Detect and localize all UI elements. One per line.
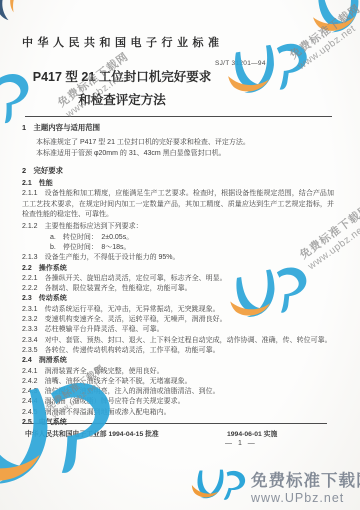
clause-2-4-4: 2.4.4 润滑油（油或脂）牌号应符合有关规定要求。: [22, 397, 334, 407]
standard-document-page: 中华人民共和国电子行业标准 P417 型 21 工位封口机完好要求 和检查评定方…: [0, 0, 360, 510]
subsection-heading: 2.2 操作系统: [22, 264, 334, 274]
subsection-heading: 2.3 传动系统: [22, 294, 334, 304]
document-content: 中华人民共和国电子行业标准 P417 型 21 工位封口机完好要求 和检查评定方…: [0, 0, 360, 510]
page-number: — 1 —: [225, 440, 257, 447]
clause-2-3-5: 2.3.5 各转位、传递传动机构转动灵活，工作平稳，功能可靠。: [22, 346, 334, 356]
section-2-heading: 2 完好要求: [22, 166, 334, 176]
header-rule: [25, 116, 332, 117]
clause-item-b: b. 停位时间： 8～18s。: [22, 243, 334, 253]
clause-2-1-3: 2.1.3 设备生产能力，不得低于设计能力的 95%。: [22, 253, 334, 263]
standard-number: SJ/T 31201—94: [215, 60, 266, 67]
clause-2-3-4: 2.3.4 对中、套管、预热、封口、退火、上下料全过程自动完成，动作协调、准确，…: [22, 336, 334, 346]
subsection-heading: 2.4 润滑系统: [22, 356, 334, 366]
clause-2-4-1: 2.4.1 润滑装置齐全，管线完整，使用良好。: [22, 367, 334, 377]
org-title: 中华人民共和国电子行业标准: [22, 34, 222, 50]
paragraph: 本标准适用于管颈 φ20mm 的 31、43cm 黑白显像管封口机。: [22, 149, 334, 159]
footer-approved: 中华人民共和国电子工业部 1994-04-15 批准: [25, 428, 159, 438]
footer-implemented: 1994-06-01 实施: [227, 428, 277, 438]
doc-title-line2: 和检查评定方法: [22, 90, 222, 108]
document-body: 1 主题内容与适用范围 本标准规定了 P417 型 21 工位封口机的完好要求和…: [22, 121, 334, 428]
clause-2-4-2: 2.4.2 油嘴、油杯、油线齐全不缺不脱，无堵塞现象。: [22, 377, 334, 387]
clause-2-2-2: 2.2.2 各制动、限位装置齐全，性能稳定，功能可靠。: [22, 284, 334, 294]
section-1-heading: 1 主题内容与适用范围: [22, 123, 334, 133]
clause-2-3-3: 2.3.3 芯柱模输平台升降灵活、平稳、可靠。: [22, 325, 334, 335]
document-header: 中华人民共和国电子行业标准 P417 型 21 工位封口机完好要求 和检查评定方…: [22, 34, 222, 108]
clause-2-1-1: 2.1.1 设备性能和加工精度，应能满足生产工艺要求。检查时，根据设备性能规定范…: [22, 189, 334, 220]
clause-2-1-2: 2.1.2 主要性能指标应达到下列要求：: [22, 222, 334, 232]
clause-2-2-1: 2.2.1 各操纵开关、旋钮启动灵活，定位可靠，标志齐全、明显。: [22, 274, 334, 284]
clause-2-4-3: 2.4.3 油位醒目，油窗明亮，注入的润滑油或油脂清洁、到位。: [22, 387, 334, 397]
doc-title-line1: P417 型 21 工位封口机完好要求: [22, 67, 222, 85]
clause-2-4-5: 2.4.5 润滑油不得溢漏到地面或渗入配电箱内。: [22, 408, 334, 418]
paragraph: 本标准规定了 P417 型 21 工位封口机的完好要求和检查、评定方法。: [22, 138, 334, 148]
scanned-page: 中华人民共和国电子行业标准 P417 型 21 工位封口机完好要求 和检查评定方…: [0, 0, 360, 510]
footer-rule: [25, 423, 327, 424]
clause-2-3-2: 2.3.2 变速机构变速齐全、灵活，运转平稳，无噪声，润滑良好。: [22, 315, 334, 325]
clause-item-a: a. 转位时间： 2±0.05s。: [22, 233, 334, 243]
clause-2-3-1: 2.3.1 传动系统运行平稳，无冲击，无异常振动，无突跳现象。: [22, 305, 334, 315]
subsection-heading: 2.1 性能: [22, 179, 334, 189]
